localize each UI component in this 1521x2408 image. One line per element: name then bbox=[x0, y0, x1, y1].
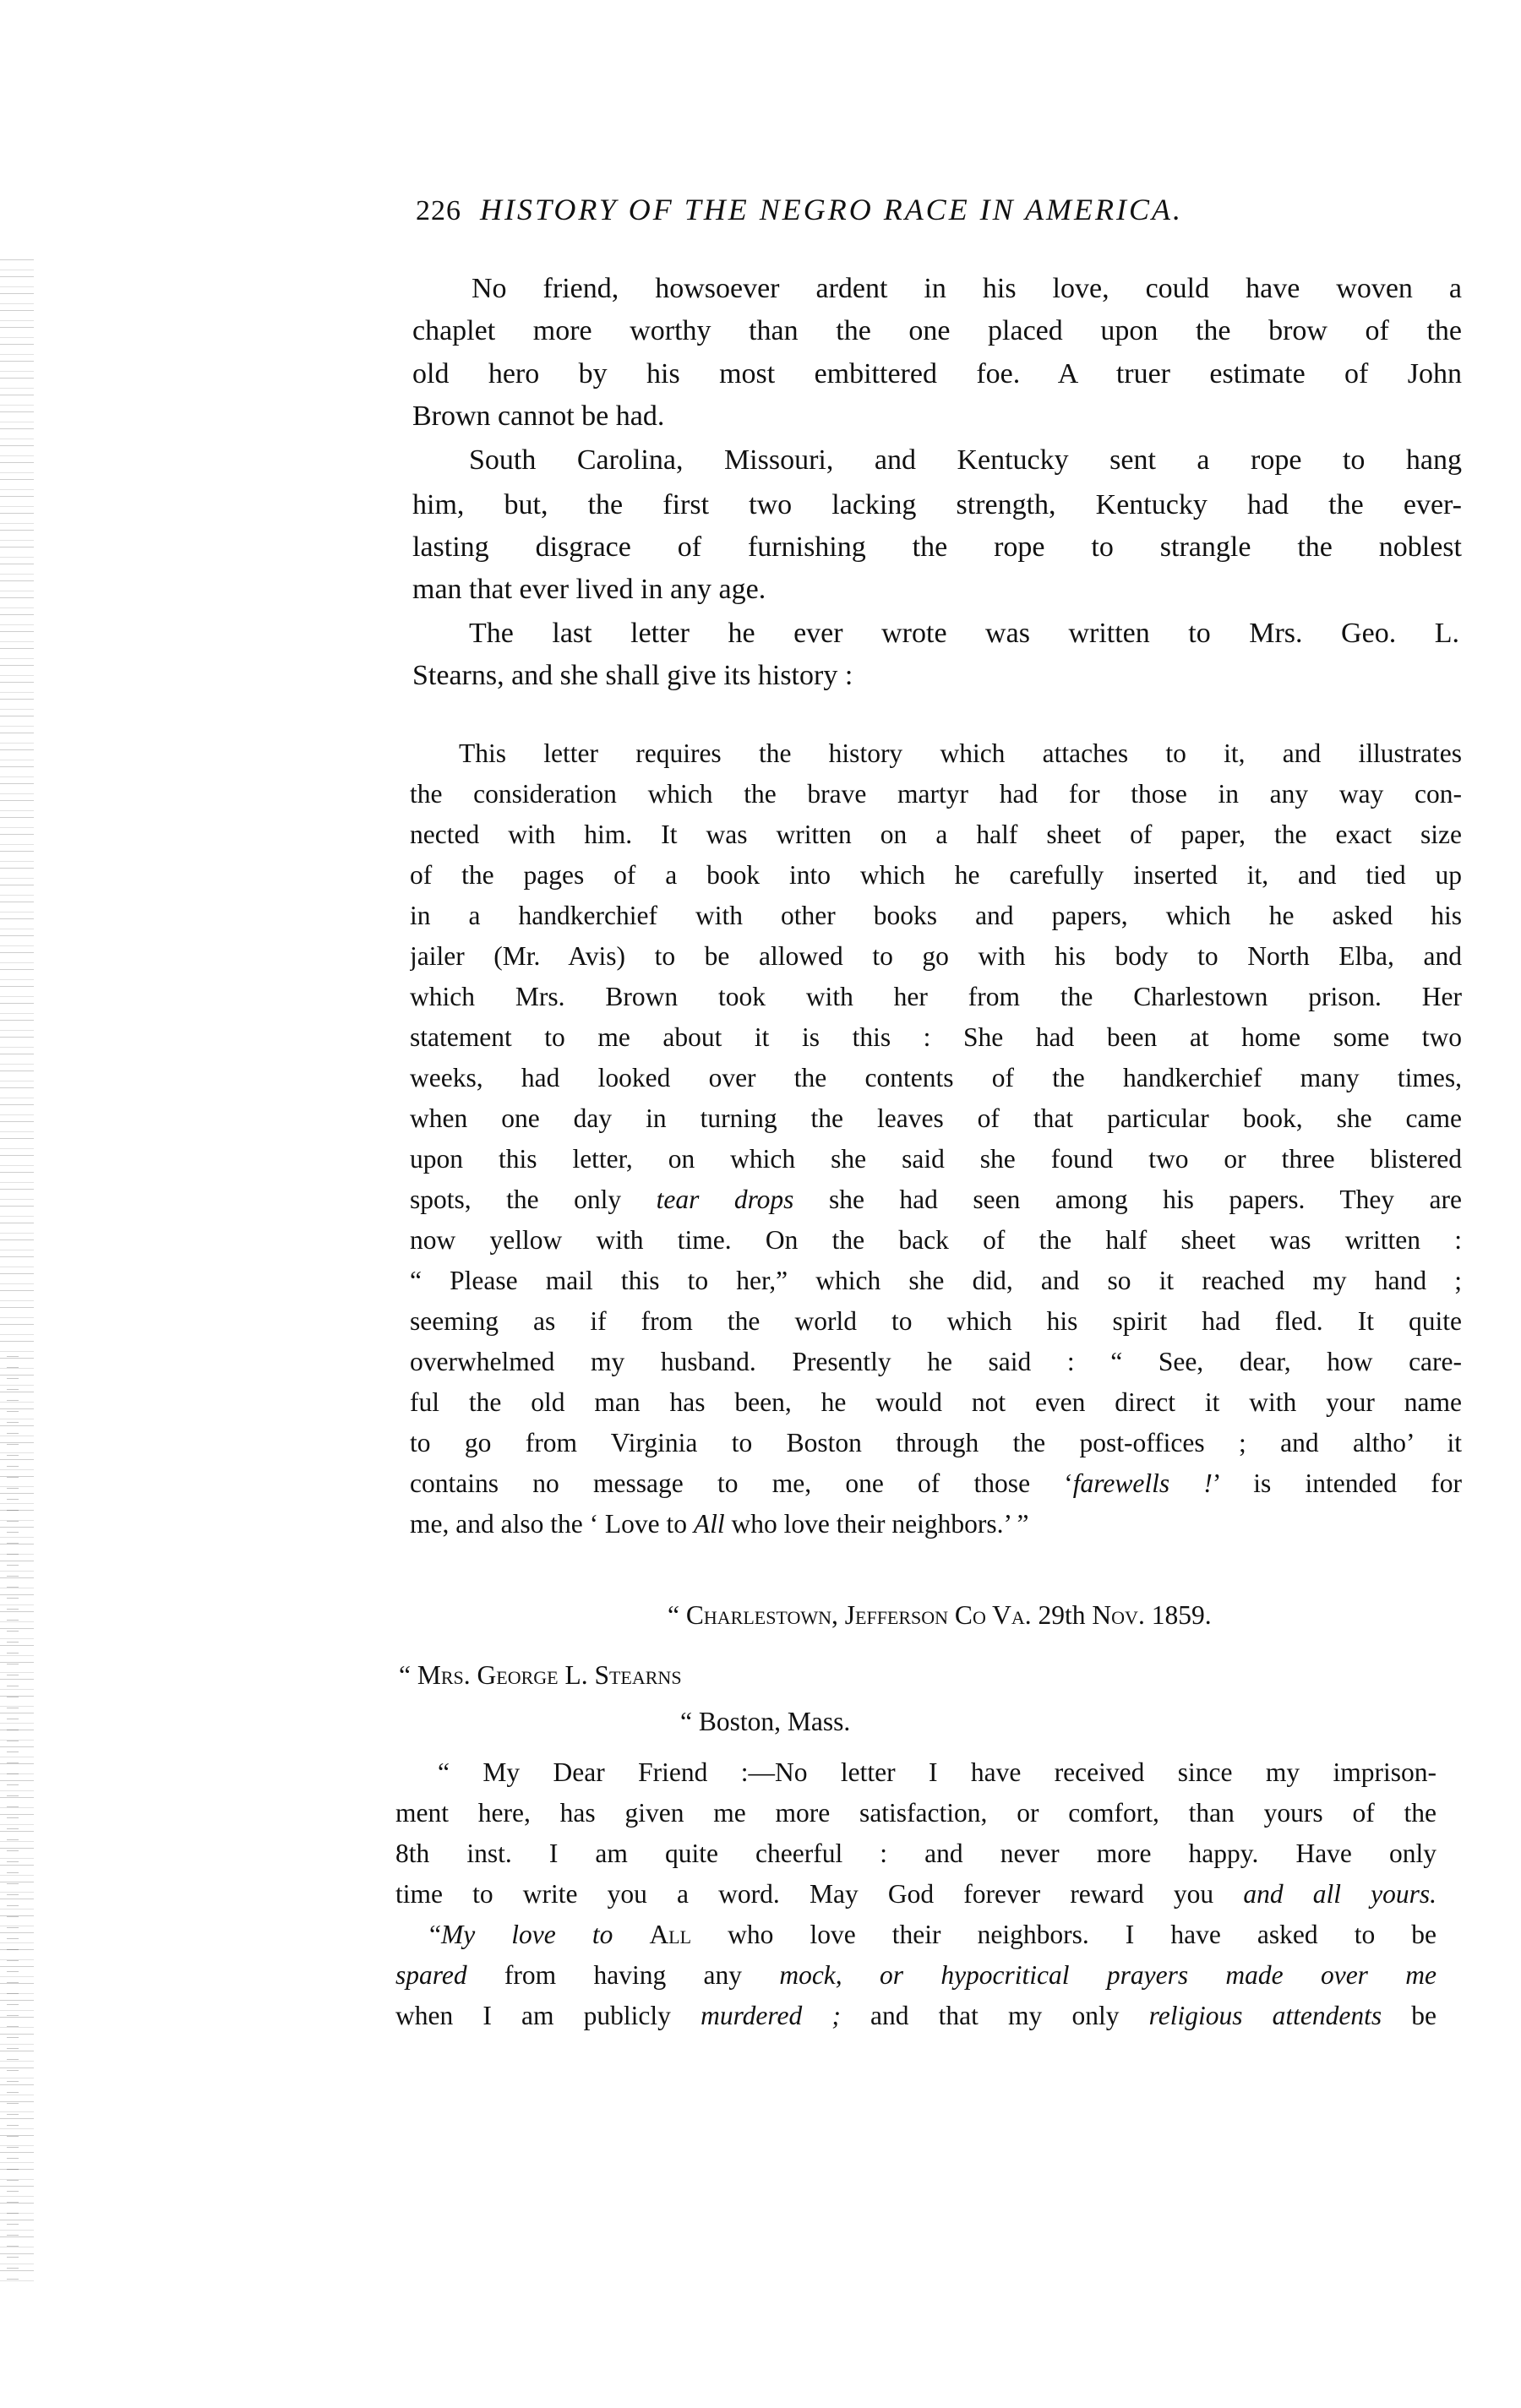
italic-text: farewells ! bbox=[1073, 1468, 1213, 1498]
block-quote-line: overwhelmed my husband. Presently he sai… bbox=[410, 1345, 1462, 1379]
block-quote-line: which Mrs. Brown took with her from the … bbox=[410, 980, 1462, 1014]
text-run: in a handkerchief with other books and p… bbox=[410, 901, 1462, 930]
text-run: man that ever lived in any age. bbox=[412, 574, 766, 605]
block-quote-line: now yellow with time. On the back of the… bbox=[410, 1223, 1462, 1257]
text-run: when I am publicly bbox=[395, 2001, 701, 2030]
text-run: 1859. bbox=[1145, 1600, 1212, 1630]
block-quote-line: ful the old man has been, he would not e… bbox=[410, 1386, 1462, 1419]
paragraph-line: lasting disgrace of furnishing the rope … bbox=[412, 529, 1462, 566]
italic-text: religious attendents bbox=[1149, 2001, 1382, 2030]
block-quote-line: upon this letter, on which she said she … bbox=[410, 1142, 1462, 1176]
paragraph-line: him, but, the first two lacking strength… bbox=[412, 487, 1462, 524]
paragraph-line: Stearns, and she shall give its history … bbox=[412, 657, 853, 695]
text-run: jailer (Mr. Avis) to be allowed to go wi… bbox=[410, 941, 1462, 971]
text-run: seeming as if from the world to which hi… bbox=[410, 1306, 1462, 1336]
text-run: “ Please mail this to her,” which she di… bbox=[410, 1266, 1462, 1295]
text-run: The last letter he ever wrote was writte… bbox=[469, 618, 1459, 649]
text-run: and that my only bbox=[841, 2001, 1149, 2030]
block-quote-line: spots, the only tear drops she had seen … bbox=[410, 1183, 1462, 1217]
small-caps-text: Charlestown, Jefferson Co Va. bbox=[686, 1600, 1032, 1630]
block-quote-line: “ Please mail this to her,” which she di… bbox=[410, 1264, 1462, 1298]
block-quote-line: me, and also the ‘ Love to All who love … bbox=[410, 1507, 1028, 1541]
italic-text: My love to bbox=[441, 1920, 613, 1949]
italic-text: tear drops bbox=[657, 1185, 794, 1214]
text-run: me, and also the ‘ Love to bbox=[410, 1509, 694, 1539]
text-run: This letter requires the history which a… bbox=[459, 738, 1462, 768]
letter-line: when I am publicly murdered ; and that m… bbox=[395, 1999, 1436, 2033]
text-run: old hero by his most embittered foe. A t… bbox=[412, 358, 1462, 390]
block-quote-line: weeks, had looked over the contents of t… bbox=[410, 1061, 1462, 1095]
block-quote-line: when one day in turning the leaves of th… bbox=[410, 1102, 1462, 1136]
small-caps-text: All bbox=[649, 1920, 691, 1949]
text-run: time to write you a word. May God foreve… bbox=[395, 1879, 1243, 1909]
text-run: Brown cannot be had. bbox=[412, 400, 664, 432]
block-quote-line: This letter requires the history which a… bbox=[459, 737, 1462, 771]
letter-line: ment here, has given me more satisfactio… bbox=[395, 1796, 1436, 1830]
letter-dateline: “ Charlestown, Jefferson Co Va. 29th Nov… bbox=[668, 1599, 1212, 1632]
running-head: 226HISTORY OF THE NEGRO RACE IN AMERICA. bbox=[416, 191, 1396, 228]
italic-text: spared bbox=[395, 1960, 467, 1990]
text-run: “ My Dear Friend :—No letter I have rece… bbox=[438, 1757, 1436, 1787]
block-quote-line: nected with him. It was written on a hal… bbox=[410, 818, 1462, 852]
letter-line: “ My Dear Friend :—No letter I have rece… bbox=[438, 1756, 1436, 1790]
text-run: Stearns, and she shall give its history … bbox=[412, 660, 853, 691]
block-quote-line: the consideration which the brave martyr… bbox=[410, 777, 1462, 811]
block-quote-line: in a handkerchief with other books and p… bbox=[410, 899, 1462, 933]
text-run: which Mrs. Brown took with her from the … bbox=[410, 982, 1462, 1011]
text-run: South Carolina, Missouri, and Kentucky s… bbox=[469, 444, 1462, 476]
small-caps-text: Mrs. George L. Stearns bbox=[417, 1660, 682, 1690]
block-quote-line: seeming as if from the world to which hi… bbox=[410, 1305, 1462, 1338]
text-run: to go from Virginia to Boston through th… bbox=[410, 1428, 1462, 1457]
italic-text: and all yours. bbox=[1243, 1879, 1436, 1909]
text-run: 29th bbox=[1032, 1600, 1093, 1630]
paragraph-line: South Carolina, Missouri, and Kentucky s… bbox=[469, 442, 1462, 479]
letter-line: “My love to All who love their neighbors… bbox=[429, 1918, 1436, 1952]
text-run: “ bbox=[668, 1600, 686, 1630]
block-quote-line: jailer (Mr. Avis) to be allowed to go wi… bbox=[410, 940, 1462, 973]
text-run: ment here, has given me more satisfactio… bbox=[395, 1798, 1436, 1828]
text-run: who love their neighbors.’ ” bbox=[725, 1509, 1029, 1539]
text-run: upon this letter, on which she said she … bbox=[410, 1144, 1462, 1174]
block-quote-line: of the pages of a book into which he car… bbox=[410, 858, 1462, 892]
text-run: ful the old man has been, he would not e… bbox=[410, 1387, 1462, 1417]
text-run: ’ is intended for bbox=[1213, 1468, 1462, 1498]
block-quote-line: to go from Virginia to Boston through th… bbox=[410, 1426, 1462, 1460]
text-run: be bbox=[1382, 2001, 1436, 2030]
page-number: 226 bbox=[416, 195, 461, 226]
paragraph-line: chaplet more worthy than the one placed … bbox=[412, 313, 1462, 350]
text-run: the consideration which the brave martyr… bbox=[410, 779, 1462, 809]
text-run: spots, the only bbox=[410, 1185, 657, 1214]
scan-edge-artifact bbox=[7, 1352, 19, 2281]
paragraph-line: man that ever lived in any age. bbox=[412, 571, 766, 608]
paragraph-line: The last letter he ever wrote was writte… bbox=[469, 615, 1459, 652]
text-run: “ bbox=[429, 1920, 441, 1949]
text-run: she had seen among his papers. They are bbox=[793, 1185, 1462, 1214]
text-run: chaplet more worthy than the one placed … bbox=[412, 315, 1462, 346]
text-run: him, but, the first two lacking strength… bbox=[412, 489, 1462, 520]
text-run bbox=[613, 1920, 649, 1949]
small-caps-text: Nov. bbox=[1092, 1600, 1144, 1630]
italic-text: murdered ; bbox=[701, 2001, 841, 2030]
letter-line: spared from having any mock, or hypocrit… bbox=[395, 1959, 1436, 1992]
paragraph-line: old hero by his most embittered foe. A t… bbox=[412, 356, 1462, 393]
italic-text: All bbox=[694, 1509, 725, 1539]
block-quote-line: statement to me about it is this : She h… bbox=[410, 1021, 1462, 1054]
text-run: 8th inst. I am quite cheerful : and neve… bbox=[395, 1839, 1436, 1868]
letter-addressee: “ Mrs. George L. Stearns bbox=[399, 1659, 682, 1692]
text-run: overwhelmed my husband. Presently he sai… bbox=[410, 1347, 1462, 1376]
text-run: contains no message to me, one of those … bbox=[410, 1468, 1073, 1498]
paragraph-line: No friend, howsoever ardent in his love,… bbox=[472, 270, 1462, 308]
text-run: weeks, had looked over the contents of t… bbox=[410, 1063, 1462, 1092]
text-run: lasting disgrace of furnishing the rope … bbox=[412, 531, 1462, 563]
text-run: when one day in turning the leaves of th… bbox=[410, 1103, 1462, 1133]
text-run: now yellow with time. On the back of the… bbox=[410, 1225, 1462, 1255]
block-quote-line: contains no message to me, one of those … bbox=[410, 1467, 1462, 1501]
text-run: “ bbox=[399, 1660, 417, 1690]
running-title: HISTORY OF THE NEGRO RACE IN AMERICA. bbox=[480, 193, 1183, 226]
text-run: nected with him. It was written on a hal… bbox=[410, 820, 1462, 849]
text-run: “ Boston, Mass. bbox=[680, 1707, 850, 1736]
italic-text: mock, or hypocritical prayers made over … bbox=[779, 1960, 1436, 1990]
letter-line: time to write you a word. May God foreve… bbox=[395, 1877, 1436, 1911]
text-run: No friend, howsoever ardent in his love,… bbox=[472, 273, 1462, 304]
text-run: who love their neighbors. I have asked t… bbox=[691, 1920, 1436, 1949]
text-run: of the pages of a book into which he car… bbox=[410, 860, 1462, 890]
text-run: from having any bbox=[467, 1960, 780, 1990]
letter-line: 8th inst. I am quite cheerful : and neve… bbox=[395, 1837, 1436, 1871]
paragraph-line: Brown cannot be had. bbox=[412, 398, 664, 435]
letter-address-city: “ Boston, Mass. bbox=[680, 1705, 850, 1739]
text-run: statement to me about it is this : She h… bbox=[410, 1022, 1462, 1052]
